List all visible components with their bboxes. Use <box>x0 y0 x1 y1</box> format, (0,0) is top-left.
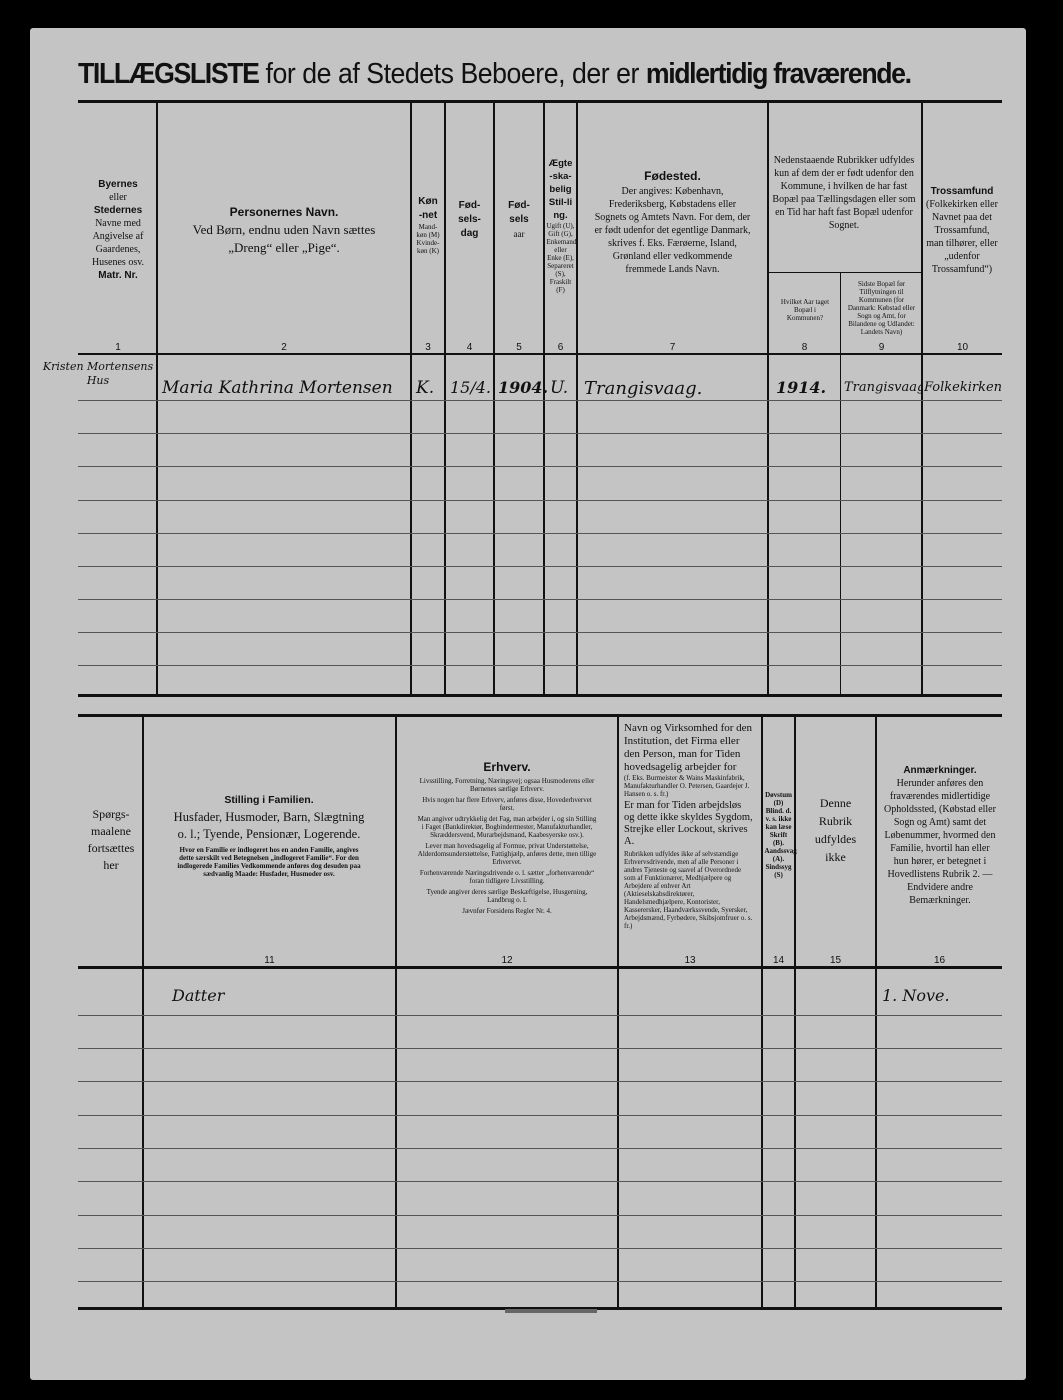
title-bold-start: TILLÆGSLISTE <box>78 58 259 90</box>
col-number-3: 3 <box>412 342 444 353</box>
upper-header-rule <box>78 353 1002 355</box>
header-col15: Denne Rubrik udfyldes ikke <box>796 790 875 870</box>
header-col3: Køn-net Mand-køn (M) Kvinde-køn (K) <box>412 180 444 270</box>
lower-header-rule <box>78 966 1002 969</box>
col-number-7: 7 <box>578 342 767 353</box>
lower-top-rule <box>78 714 1002 717</box>
header-col8: Hvilket Aar taget Bopæl i Kommunen? <box>771 280 839 340</box>
entry-marital-status: U. <box>550 378 568 398</box>
entry-birthday: 15/4. <box>450 378 491 397</box>
entry-birthplace: Trangisvaag. <box>584 378 702 399</box>
entry-sex: K. <box>416 378 434 398</box>
header-col4: Fød-sels-dag <box>446 195 493 245</box>
col-number-16: 16 <box>877 955 1002 966</box>
header-col2: Personernes Navn. Ved Børn, endnu uden N… <box>186 195 382 265</box>
upper-bottom-rule <box>78 694 1002 697</box>
col-number-5: 5 <box>495 342 543 353</box>
header-col10: Trossamfund (Folkekirken eller Navnet pa… <box>924 165 1000 295</box>
col-number-13: 13 <box>619 955 761 966</box>
entry-family-position: Datter <box>172 986 224 1005</box>
col-number-10: 10 <box>923 342 1002 353</box>
entry-last-residence: Trangisvaag <box>844 380 921 395</box>
header-col5: Fød-sels aar <box>495 195 543 245</box>
header-col11: Stilling i Familien. Husfader, Husmoder,… <box>150 775 388 895</box>
header-col1: Byernes eller Stedernes Navne med Angive… <box>80 160 156 300</box>
title-bold-end: midlertidig fraværende. <box>646 58 911 90</box>
header-col16: Anmærkninger. Herunder anføres den fravæ… <box>880 760 1000 910</box>
entry-name: Maria Kathrina Mortensen <box>162 378 393 398</box>
col-number-11: 11 <box>144 955 395 966</box>
header-col9: Sidste Bopæl før Tilflytningen til Kommu… <box>842 276 921 340</box>
header-col8-9-group: Nedenstaaende Rubrikker udfyldes kun af … <box>772 118 916 268</box>
entry-religion: Folkekirken <box>924 380 1020 395</box>
header-col12: Erhverv. Livsstilling, Forretning, Nærin… <box>402 745 612 930</box>
printer-imprint <box>505 1309 597 1313</box>
col-number-14: 14 <box>763 955 794 966</box>
entry-remarks: 1. Nove. <box>882 986 950 1005</box>
header-col13: Navn og Virksomhed for den Institution, … <box>621 722 757 954</box>
upper-top-rule <box>78 100 1002 103</box>
col-number-4: 4 <box>446 342 493 353</box>
header-col7: Fødested. Der angives: København, Freder… <box>585 118 760 328</box>
col-number-1: 1 <box>80 342 156 353</box>
header-col14: Døvstum (D) Blind. d. v. s. ikke kan læs… <box>763 735 794 935</box>
col-number-2: 2 <box>158 342 410 353</box>
title-middle: for de af Stedets Beboere, der er <box>259 58 646 90</box>
col8-9-divider <box>768 272 922 273</box>
col-number-8: 8 <box>769 342 840 353</box>
side-label-continued: Spørgs- maalene fortsættes her <box>80 790 142 890</box>
form-title: TILLÆGSLISTE for de af Stedets Beboere, … <box>78 58 928 91</box>
header-col6: Ægte-ska-belig Stil-ling. Ugift (U), Gif… <box>545 135 576 315</box>
entry-birth-year: 1904. <box>498 378 548 397</box>
col-number-9: 9 <box>842 342 921 353</box>
col-number-15: 15 <box>796 955 875 966</box>
entry-place: Kristen Mortensens Hus <box>42 360 154 388</box>
entry-year-moved: 1914. <box>776 378 826 397</box>
col-number-12: 12 <box>397 955 617 966</box>
col-number-6: 6 <box>545 342 576 353</box>
